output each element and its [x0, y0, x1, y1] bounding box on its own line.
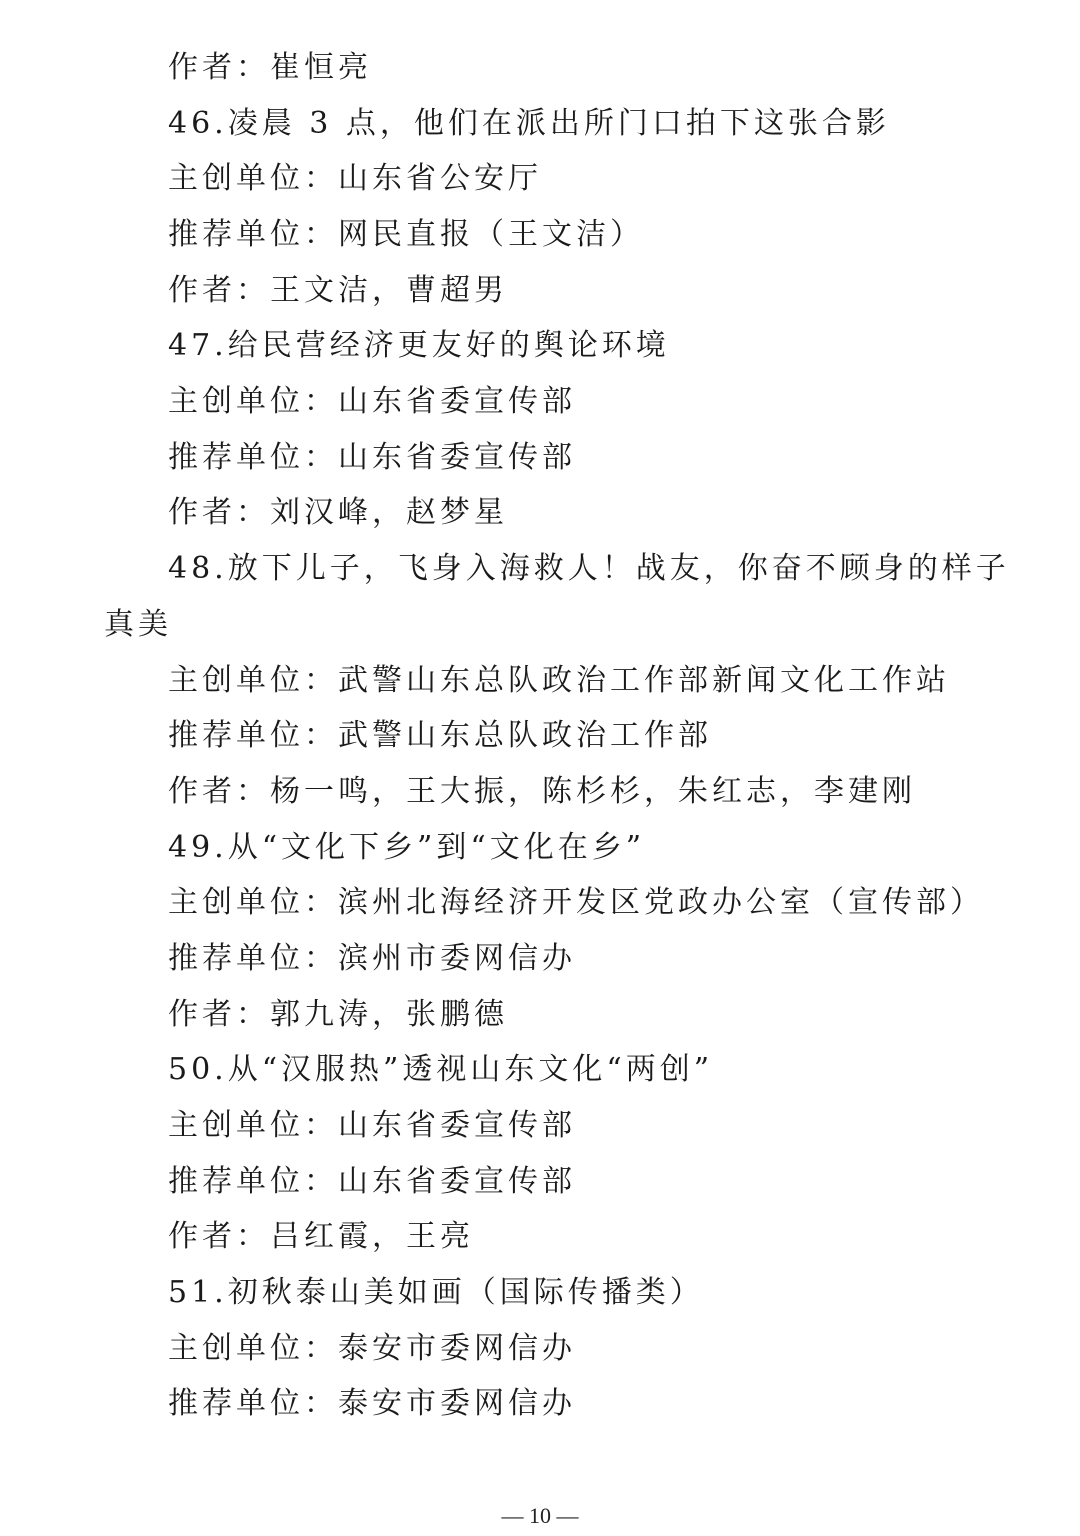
- producer-line: 主创单位：山东省委宣传部: [168, 1098, 576, 1154]
- entry-title-48-continued: 真美: [104, 597, 172, 653]
- document-page: 作者：崔恒亮 46.凌晨 3 点，他们在派出所门口拍下这张合影 主创单位：山东省…: [0, 0, 1080, 1536]
- recommender-line: 推荐单位：滨州市委网信办: [168, 931, 576, 987]
- producer-line: 主创单位：泰安市委网信办: [168, 1321, 576, 1377]
- author-line: 作者：刘汉峰，赵梦星: [168, 485, 508, 541]
- entry-title-49: 49.从“文化下乡”到“文化在乡”: [168, 820, 645, 876]
- entry-title-46: 46.凌晨 3 点，他们在派出所门口拍下这张合影: [168, 96, 890, 152]
- producer-line: 主创单位：山东省委宣传部: [168, 374, 576, 430]
- entry-title-50: 50.从“汉服热”透视山东文化“两创”: [168, 1042, 713, 1098]
- author-line: 作者：崔恒亮: [168, 40, 372, 96]
- entry-title-51: 51.初秋泰山美如画（国际传播类）: [168, 1265, 704, 1321]
- author-line: 作者：郭九涛，张鹏德: [168, 987, 508, 1043]
- recommender-line: 推荐单位：山东省委宣传部: [168, 1154, 576, 1210]
- author-line: 作者：杨一鸣，王大振，陈杉杉，朱红志，李建刚: [168, 764, 916, 820]
- producer-line: 主创单位：滨州北海经济开发区党政办公室（宣传部）: [168, 875, 984, 931]
- recommender-line: 推荐单位：武警山东总队政治工作部: [168, 708, 712, 764]
- entry-title-48: 48.放下儿子，飞身入海救人！战友，你奋不顾身的样子: [168, 541, 1010, 597]
- recommender-line: 推荐单位：网民直报（王文洁）: [168, 207, 644, 263]
- producer-line: 主创单位：武警山东总队政治工作部新闻文化工作站: [168, 653, 950, 709]
- page-number: — 10 —: [0, 1500, 1080, 1532]
- author-line: 作者：王文洁，曹超男: [168, 263, 508, 319]
- entry-title-47: 47.给民营经济更友好的舆论环境: [168, 318, 670, 374]
- author-line: 作者：吕红霞，王亮: [168, 1209, 474, 1265]
- recommender-line: 推荐单位：山东省委宣传部: [168, 430, 576, 486]
- recommender-line: 推荐单位：泰安市委网信办: [168, 1376, 576, 1432]
- producer-line: 主创单位：山东省公安厅: [168, 151, 542, 207]
